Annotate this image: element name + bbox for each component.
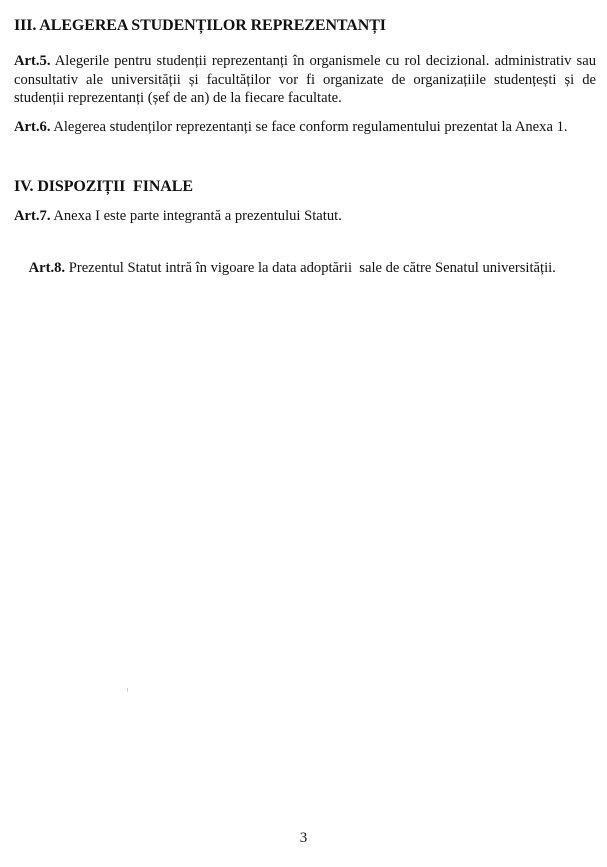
article-text: Alegerile pentru studenții reprezentanți… <box>14 53 596 106</box>
scan-artifact <box>127 688 128 692</box>
article-5: Art.5. Alegerile pentru studenții reprez… <box>14 52 596 108</box>
section-heading-iv: IV. DISPOZIȚII FINALE <box>14 178 193 196</box>
section-heading-iii: III. ALEGEREA STUDENȚILOR REPREZENTANȚI <box>14 17 386 35</box>
article-text: Alegerea studenților reprezentanți se fa… <box>50 119 567 135</box>
article-text: Anexa I este parte integrantă a prezentu… <box>50 208 341 224</box>
article-8: Art.8. Prezentul Statut intră în vigoare… <box>14 240 596 296</box>
article-7: Art.7. Anexa I este parte integrantă a p… <box>14 207 596 226</box>
article-label: Art.6. <box>14 119 50 135</box>
article-6: Art.6. Alegerea studenților reprezentanț… <box>14 118 596 137</box>
article-text: Prezentul Statut intră în vigoare la dat… <box>65 260 556 276</box>
page-number: 3 <box>0 830 607 847</box>
article-label: Art.7. <box>14 208 50 224</box>
article-label: Art.8. <box>29 260 65 276</box>
article-label: Art.5. <box>14 53 50 69</box>
